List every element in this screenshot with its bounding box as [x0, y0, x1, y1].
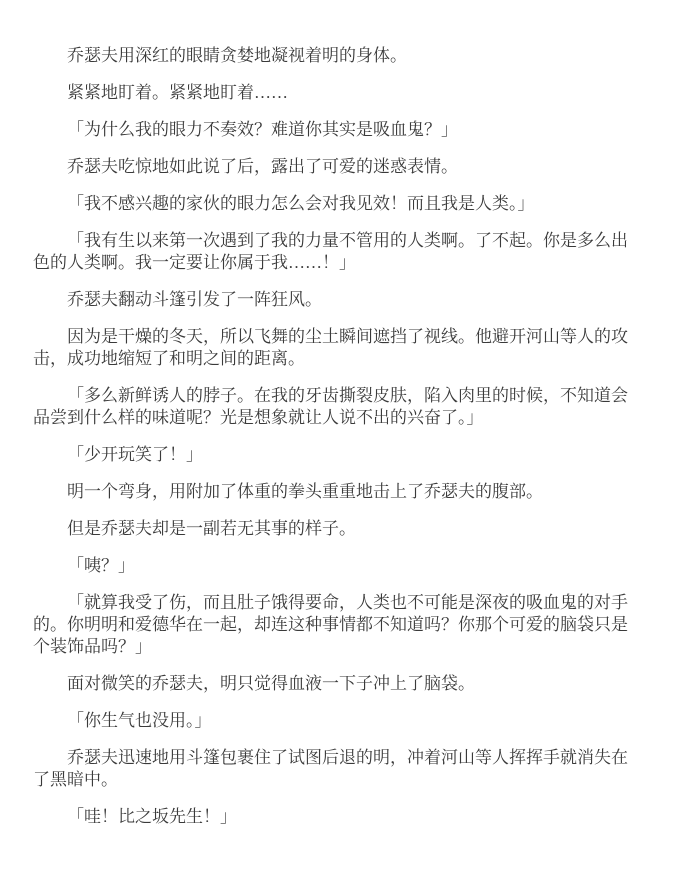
paragraph-01: 乔瑟夫用深红的眼睛贪婪地凝视着明的身体。 [33, 45, 628, 67]
document-page: 乔瑟夫用深红的眼睛贪婪地凝视着明的身体。 紧紧地盯着。紧紧地盯着…… 「为什么我… [0, 0, 680, 880]
dialogue-paragraph-13: 「咦？」 [33, 555, 628, 577]
dialogue-paragraph-03: 「为什么我的眼力不奏效？难道你其实是吸血鬼？」 [33, 119, 628, 141]
dialogue-paragraph-05: 「我不感兴趣的家伙的眼力怎么会对我见效！而且我是人类。」 [33, 193, 628, 215]
dialogue-paragraph-16: 「你生气也没用。」 [33, 710, 628, 732]
paragraph-08: 因为是干燥的冬天，所以飞舞的尘土瞬间遮挡了视线。他避开河山等人的攻击，成功地缩短… [33, 326, 628, 370]
paragraph-02: 紧紧地盯着。紧紧地盯着…… [33, 82, 628, 104]
paragraph-12: 但是乔瑟夫却是一副若无其事的样子。 [33, 518, 628, 540]
dialogue-paragraph-10: 「少开玩笑了！」 [33, 444, 628, 466]
paragraph-17: 乔瑟夫迅速地用斗篷包裹住了试图后退的明，冲着河山等人挥挥手就消失在了黑暗中。 [33, 747, 628, 791]
dialogue-paragraph-14: 「就算我受了伤，而且肚子饿得要命，人类也不可能是深夜的吸血鬼的对手的。你明明和爱… [33, 592, 628, 658]
dialogue-paragraph-09: 「多么新鲜诱人的脖子。在我的牙齿撕裂皮肤，陷入肉里的时候，不知道会品尝到什么样的… [33, 385, 628, 429]
paragraph-04: 乔瑟夫吃惊地如此说了后，露出了可爱的迷惑表情。 [33, 156, 628, 178]
paragraph-11: 明一个弯身，用附加了体重的拳头重重地击上了乔瑟夫的腹部。 [33, 481, 628, 503]
paragraph-15: 面对微笑的乔瑟夫，明只觉得血液一下子冲上了脑袋。 [33, 673, 628, 695]
dialogue-paragraph-18: 「哇！比之坂先生！」 [33, 806, 628, 828]
paragraph-07: 乔瑟夫翻动斗篷引发了一阵狂风。 [33, 289, 628, 311]
dialogue-paragraph-06: 「我有生以来第一次遇到了我的力量不管用的人类啊。了不起。你是多么出色的人类啊。我… [33, 230, 628, 274]
